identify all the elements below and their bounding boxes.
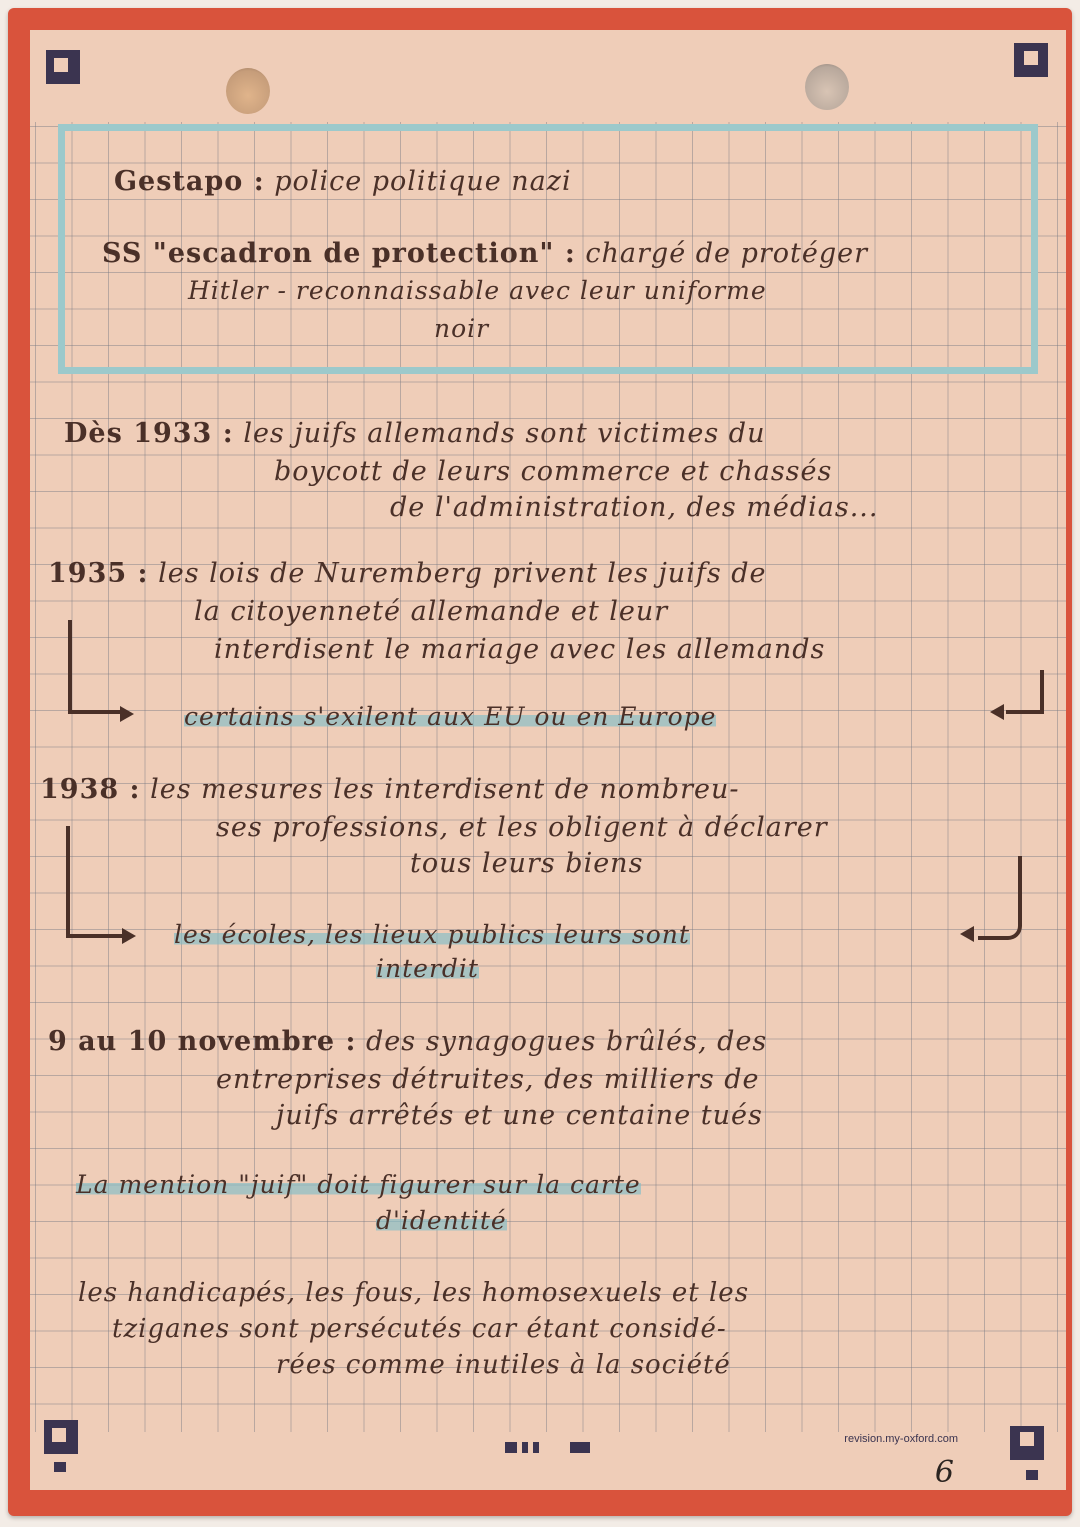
card-paper: Gestapo : police politique nazi SS "esca… (30, 30, 1066, 1490)
timeline-consequence-line1: les écoles, les lieux publics leurs sont (174, 920, 690, 949)
identity-note-line1: La mention "juif" doit figurer sur la ca… (76, 1170, 641, 1199)
persecuted-note-line2: tziganes sont persécutés car étant consi… (112, 1314, 727, 1344)
timeline-text-line: les juifs allemands sont victimes du (243, 418, 765, 449)
ss-meaning-line1: chargé de protéger (585, 238, 868, 269)
timeline-kristallnacht: 9 au 10 novembre : des synagogues brûlés… (48, 1026, 767, 1057)
arrowhead-icon (122, 928, 136, 944)
corner-marker-bottom-right-icon (1010, 1426, 1044, 1460)
page-code-mark-icon (533, 1442, 539, 1453)
timeline-text-line: des synagogues brûlés, des (366, 1026, 767, 1057)
timeline-text-line: entreprises détruites, des milliers de (216, 1064, 760, 1095)
corner-marker-top-left-icon (46, 50, 80, 84)
arrowhead-icon (990, 704, 1004, 720)
persecuted-note-line1: les handicapés, les fous, les homosexuel… (78, 1278, 749, 1308)
timeline-text-line: ses professions, et les obligent à décla… (216, 812, 828, 843)
arrow-down-right-icon (66, 826, 126, 938)
timeline-text-line: les lois de Nuremberg privent les juifs … (158, 558, 766, 589)
identity-note-line2: d'identité (376, 1206, 507, 1235)
timeline-date: 1935 : (48, 558, 149, 589)
arrow-down-left-icon (1006, 670, 1044, 714)
binder-hole-right-icon (805, 64, 849, 110)
arrow-down-left-icon (978, 856, 1022, 940)
timeline-text-line: interdisent le mariage avec les allemand… (214, 634, 825, 665)
timeline-text-line: les mesures les interdisent de nombreu- (150, 774, 739, 805)
corner-marker-top-right-icon (1014, 43, 1048, 77)
footer-url: revision.my-oxford.com (844, 1433, 958, 1445)
timeline-date: 9 au 10 novembre : (48, 1026, 356, 1057)
arrowhead-icon (120, 706, 134, 722)
corner-marker-bottom-left-icon (44, 1420, 78, 1454)
page-code-mark-icon (522, 1442, 528, 1453)
timeline-date: 1938 : (40, 774, 141, 805)
timeline-1935: 1935 : les lois de Nuremberg privent les… (48, 558, 767, 589)
timeline-text-line: la citoyenneté allemande et leur (194, 596, 668, 627)
ss-meaning-line2: Hitler - reconnaissable avec leur unifor… (188, 276, 767, 305)
page-number: 6 (935, 1455, 954, 1490)
timeline-date: Dès 1933 : (64, 418, 234, 449)
timeline-text-line: tous leurs biens (410, 848, 643, 879)
ss-meaning-line3: noir (434, 314, 489, 343)
timeline-text-line: juifs arrêtés et une centaine tués (276, 1100, 763, 1131)
ss-term: SS "escadron de protection" : (102, 238, 576, 269)
gestapo-definition: Gestapo : police politique nazi (114, 166, 572, 197)
timeline-consequence-line2: interdit (376, 954, 479, 983)
arrowhead-icon (960, 926, 974, 942)
marker-dot-icon (1026, 1470, 1038, 1480)
gestapo-term: Gestapo : (114, 166, 265, 197)
gestapo-meaning: police politique nazi (274, 166, 571, 197)
timeline-1938: 1938 : les mesures les interdisent de no… (40, 774, 739, 805)
page-code-mark-icon (570, 1442, 590, 1453)
arrow-down-right-icon (68, 620, 122, 714)
revision-card: Gestapo : police politique nazi SS "esca… (8, 8, 1072, 1516)
timeline-text-line: de l'administration, des médias... (390, 492, 878, 523)
ss-definition: SS "escadron de protection" : chargé de … (102, 238, 868, 269)
marker-dot-icon (54, 1462, 66, 1472)
timeline-1933: Dès 1933 : les juifs allemands sont vict… (64, 418, 765, 449)
timeline-consequence: certains s'exilent aux EU ou en Europe (184, 702, 716, 731)
timeline-text-line: boycott de leurs commerce et chassés (274, 456, 832, 487)
binder-hole-left-icon (226, 68, 270, 114)
persecuted-note-line3: rées comme inutiles à la société (276, 1350, 731, 1380)
page-code-mark-icon (505, 1442, 517, 1453)
